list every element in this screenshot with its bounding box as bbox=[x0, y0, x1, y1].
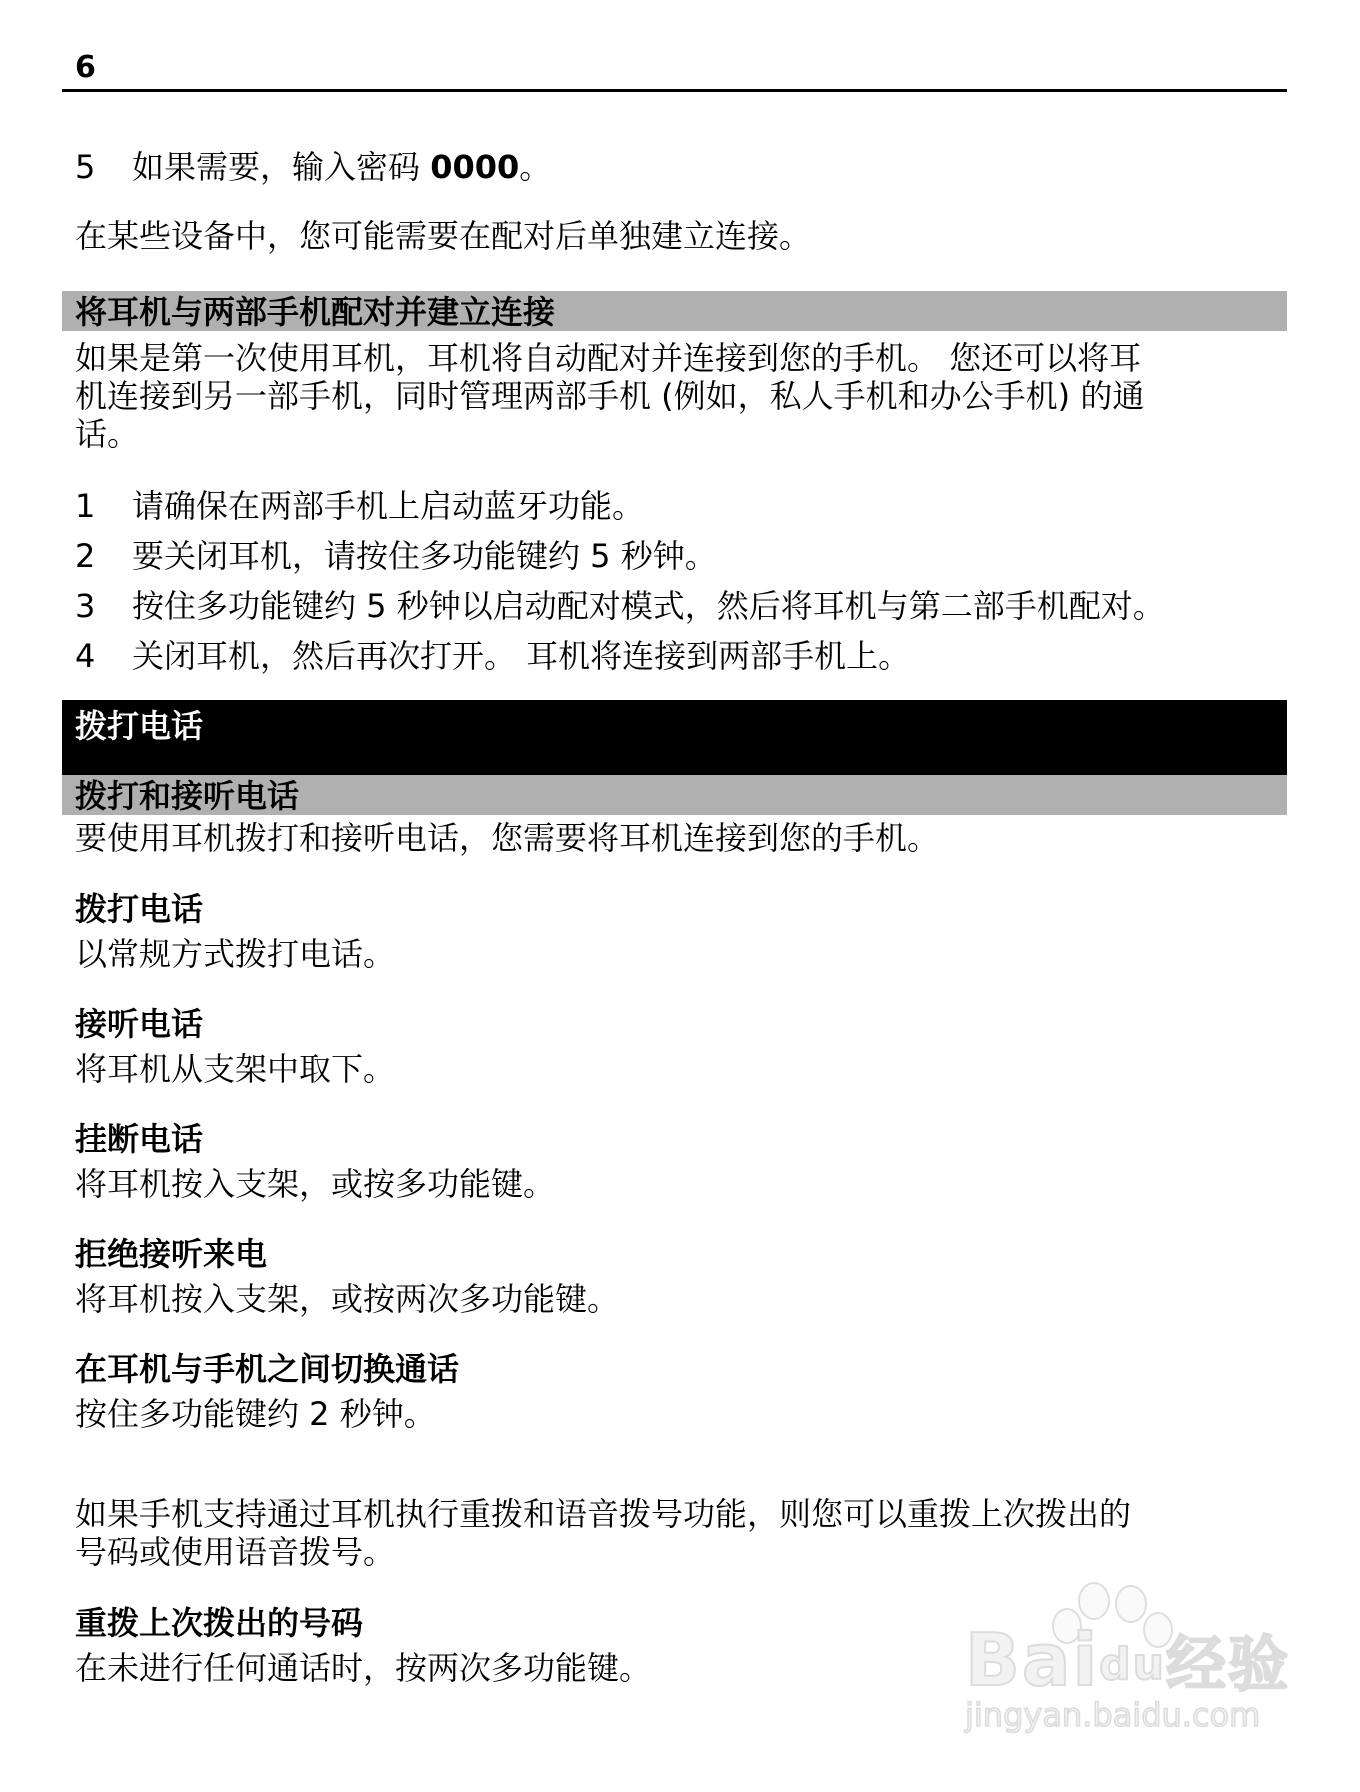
step-number: 4 bbox=[75, 636, 95, 676]
step-number: 3 bbox=[75, 586, 95, 626]
redial-note-line-2: 号码或使用语音拨号。 bbox=[75, 1532, 1285, 1572]
logo-text-jingyan: 经验 bbox=[1166, 1630, 1290, 1700]
watermark-url: jingyan.baidu.com bbox=[965, 1695, 1260, 1735]
step-number: 2 bbox=[75, 536, 95, 576]
step-3: 3 按住多功能键约 5 秒钟以启动配对模式，然后将耳机与第二部手机配对。 bbox=[75, 586, 1285, 626]
step-text: 按住多功能键约 5 秒钟以启动配对模式，然后将耳机与第二部手机配对。 bbox=[132, 586, 1165, 626]
chapter-header-calls: 拨打电话 bbox=[62, 700, 1287, 775]
topic-body-reject-call: 将耳机按入支架，或按两次多功能键。 bbox=[75, 1279, 1285, 1319]
redial-note-line-1: 如果手机支持通过耳机执行重拨和语音拨号功能，则您可以重拨上次拨出的 bbox=[75, 1494, 1285, 1534]
section-header-pair-two-phones: 将耳机与两部手机配对并建立连接 bbox=[62, 291, 1287, 331]
topic-heading-end-call: 挂断电话 bbox=[75, 1119, 203, 1159]
topic-heading-reject-call: 拒绝接听来电 bbox=[75, 1234, 267, 1274]
watermark-logo: Baidu经验 bbox=[965, 1620, 1290, 1705]
step-text: 如果需要，输入密码 0000。 bbox=[132, 147, 551, 187]
baidu-watermark: Baidu经验 jingyan.baidu.com bbox=[965, 1590, 1275, 1740]
pairing-note: 在某些设备中，您可能需要在配对后单独建立连接。 bbox=[75, 216, 1285, 256]
step-number: 5 bbox=[75, 147, 95, 187]
step-4: 4 关闭耳机，然后再次打开。 耳机将连接到两部手机上。 bbox=[75, 636, 1285, 676]
topic-heading-answer-call: 接听电话 bbox=[75, 1004, 203, 1044]
chapter-title: 拨打电话 bbox=[75, 706, 203, 746]
logo-text-du: du bbox=[1099, 1639, 1166, 1690]
calls-intro: 要使用耳机拨打和接听电话，您需要将耳机连接到您的手机。 bbox=[75, 818, 1285, 858]
step-text: 请确保在两部手机上启动蓝牙功能。 bbox=[132, 486, 644, 526]
step-2: 2 要关闭耳机，请按住多功能键约 5 秒钟。 bbox=[75, 536, 1285, 576]
step-text: 要关闭耳机，请按住多功能键约 5 秒钟。 bbox=[132, 536, 717, 576]
step-1: 1 请确保在两部手机上启动蓝牙功能。 bbox=[75, 486, 1285, 526]
topic-body-make-call: 以常规方式拨打电话。 bbox=[75, 934, 1285, 974]
step-5: 5 如果需要，输入密码 0000。 bbox=[75, 147, 1285, 187]
step-number: 1 bbox=[75, 486, 95, 526]
paw-toe-icon bbox=[1078, 1582, 1110, 1620]
step-text-before: 如果需要，输入密码 bbox=[132, 148, 430, 186]
section-header-make-answer: 拨打和接听电话 bbox=[62, 775, 1287, 815]
topic-heading-redial: 重拨上次拨出的号码 bbox=[75, 1603, 363, 1643]
logo-text-bai: Bai bbox=[965, 1618, 1099, 1702]
passcode: 0000 bbox=[430, 148, 519, 186]
topic-heading-switch-call: 在耳机与手机之间切换通话 bbox=[75, 1349, 459, 1389]
step-text: 关闭耳机，然后再次打开。 耳机将连接到两部手机上。 bbox=[132, 636, 910, 676]
topic-heading-make-call: 拨打电话 bbox=[75, 889, 203, 929]
topic-body-answer-call: 将耳机从支架中取下。 bbox=[75, 1049, 1285, 1089]
paw-toe-icon bbox=[1115, 1585, 1147, 1623]
header-rule bbox=[62, 89, 1287, 92]
topic-body-end-call: 将耳机按入支架，或按多功能键。 bbox=[75, 1164, 1285, 1204]
page-number: 6 bbox=[75, 50, 96, 86]
paragraph-line-1: 如果是第一次使用耳机，耳机将自动配对并连接到您的手机。 您还可以将耳 bbox=[75, 338, 1285, 378]
paragraph-line-2: 机连接到另一部手机，同时管理两部手机 (例如，私人手机和办公手机) 的通 bbox=[75, 376, 1285, 416]
topic-body-switch-call: 按住多功能键约 2 秒钟。 bbox=[75, 1394, 1285, 1434]
paragraph-line-3: 话。 bbox=[75, 414, 1285, 454]
step-text-after: 。 bbox=[519, 148, 551, 186]
section-title: 拨打和接听电话 bbox=[75, 776, 299, 816]
section-title: 将耳机与两部手机配对并建立连接 bbox=[75, 292, 555, 332]
